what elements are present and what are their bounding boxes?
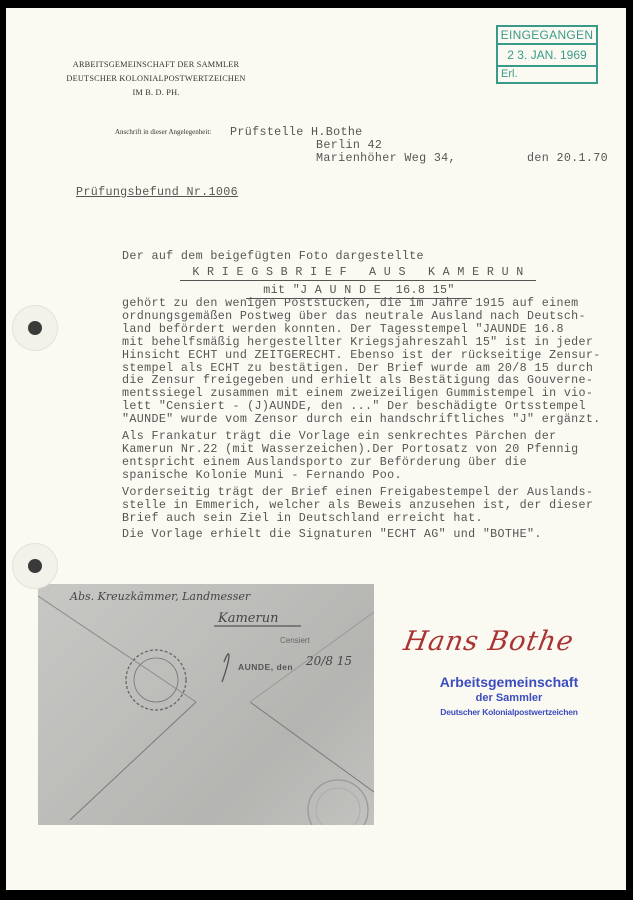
town-postmark: AUNDE, den [238, 662, 293, 672]
punch-hole [12, 305, 58, 351]
address-label: Anschrift in dieser Angelegenheit: [115, 128, 211, 136]
letterhead: ARBEITSGEMEINSCHAFT DER SAMMLER DEUTSCHE… [66, 58, 246, 100]
received-stamp-label: EINGEGANGEN [498, 27, 596, 45]
address-line: Prüfstelle H.Bothe [230, 125, 363, 139]
letterhead-line: IM B. D. PH. [66, 86, 246, 100]
org-stamp-line: der Sammler [424, 691, 594, 706]
letterhead-line: DEUTSCHER KOLONIALPOSTWERTZEICHEN [66, 72, 246, 86]
letter-date: den 20.1.70 [527, 151, 608, 165]
paragraph: Vorderseitig trägt der Brief einen Freig… [122, 486, 632, 525]
address-line: Berlin 42 [316, 138, 382, 152]
received-stamp-erl: Erl. [498, 65, 596, 82]
letterhead-line: ARBEITSGEMEINSCHAFT DER SAMMLER [66, 58, 246, 72]
report-body: gehört zu den wenigen Poststücken, die i… [122, 297, 632, 545]
intro-line: Der auf dem beigefügten Foto dargestellt… [122, 249, 424, 263]
received-stamp-date: 2 3. JAN. 1969 [498, 45, 596, 65]
photo-destination-handwriting: Kamerun [218, 611, 278, 626]
envelope-photo: Abs. Kreuzkämmer, Landmesser Kamerun Cen… [38, 584, 374, 825]
paragraph: gehört zu den wenigen Poststücken, die i… [122, 297, 632, 426]
punch-hole-dot [28, 321, 42, 335]
envelope-flap-lines [38, 584, 374, 825]
received-stamp: EINGEGANGEN 2 3. JAN. 1969 Erl. [496, 25, 598, 84]
org-stamp-line: Arbeitsgemeinschaft [424, 674, 594, 691]
censor-stamp: Censiert [280, 636, 310, 645]
paragraph: Die Vorlage erhielt die Signaturen "ECHT… [122, 528, 632, 541]
punch-hole [12, 543, 58, 589]
signature: Hans Bothe [401, 626, 576, 657]
address-line: Marienhöher Weg 34, [316, 151, 456, 165]
document-page: ARBEITSGEMEINSCHAFT DER SAMMLER DEUTSCHE… [6, 8, 626, 890]
report-number: Prüfungsbefund Nr.1006 [76, 185, 238, 199]
organization-stamp: Arbeitsgemeinschaft der Sammler Deutsche… [424, 674, 594, 719]
censor-date-handwriting: 20/8 15 [306, 654, 352, 668]
paragraph: Als Frankatur trägt die Vorlage ein senk… [122, 430, 632, 482]
org-stamp-line: Deutscher Kolonialpostwertzeichen [424, 706, 594, 719]
punch-hole-dot [28, 559, 42, 573]
photo-sender-handwriting: Abs. Kreuzkämmer, Landmesser [70, 590, 250, 603]
document-title: K R I E G S B R I E F A U S K A M E R U … [180, 265, 536, 281]
